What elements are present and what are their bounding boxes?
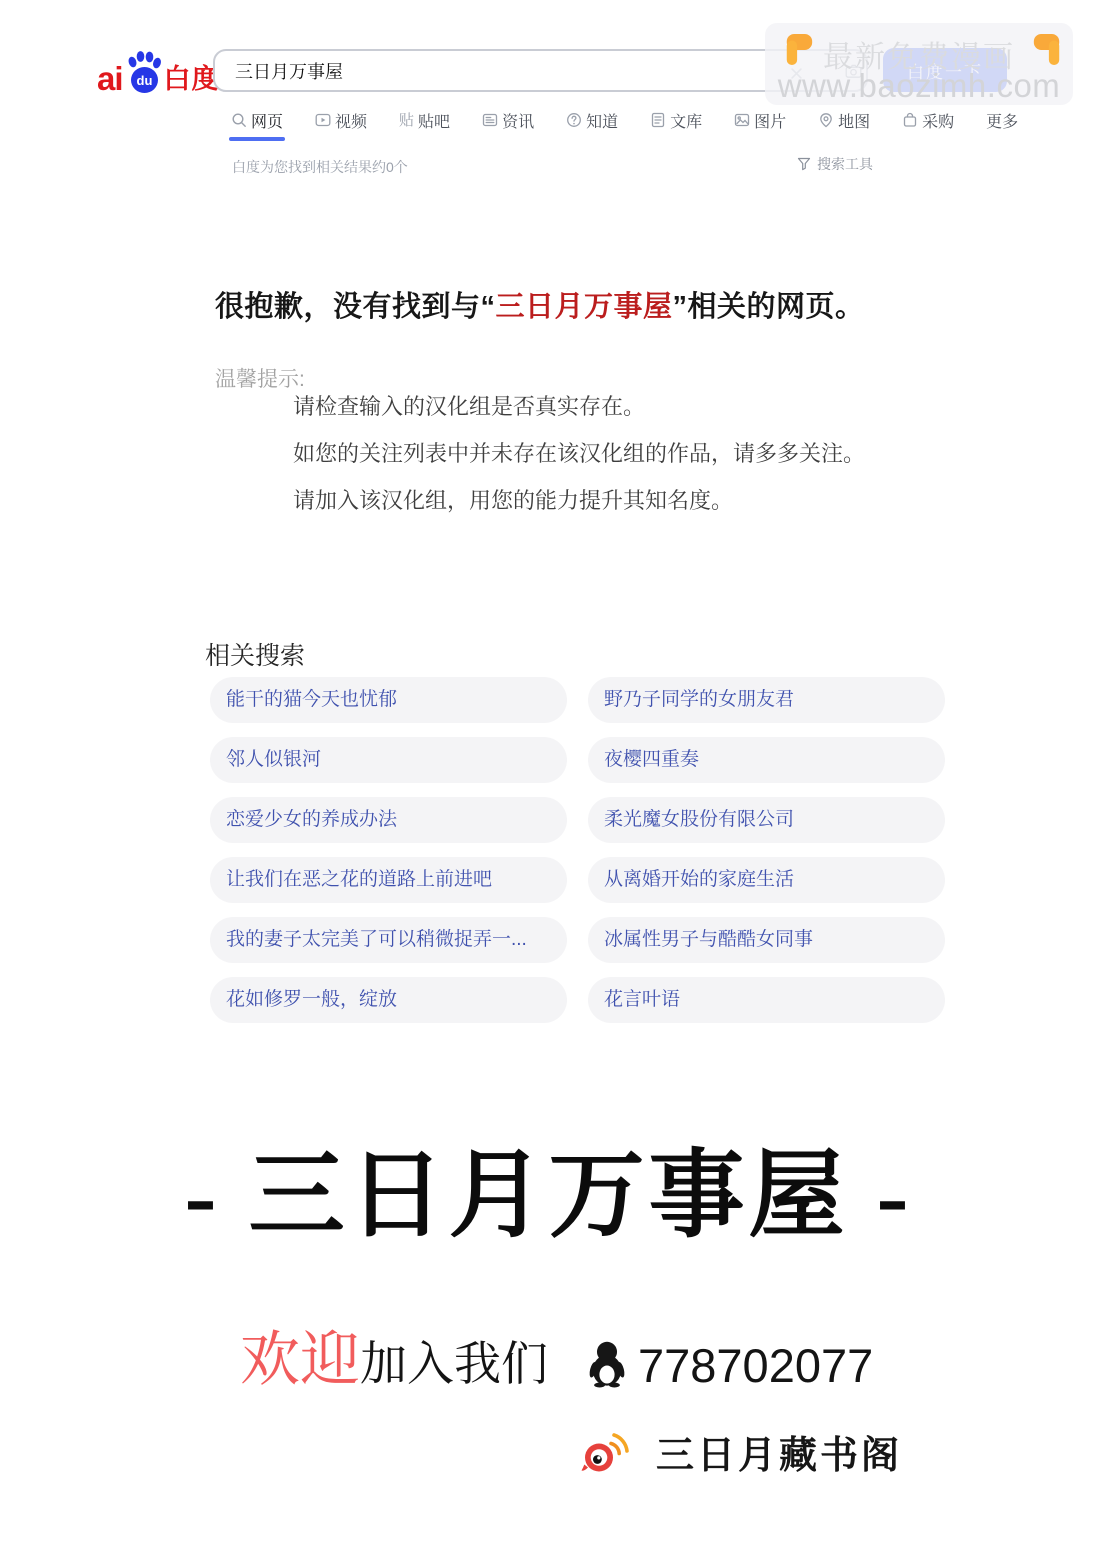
tab-label: 视频 xyxy=(335,109,367,132)
tab-purchase[interactable]: 采购 xyxy=(902,108,954,132)
related-search-item[interactable]: 夜樱四重奏 xyxy=(588,737,945,783)
tab-label: 网页 xyxy=(251,109,283,132)
document-icon xyxy=(650,112,666,128)
tab-maps[interactable]: 地图 xyxy=(818,108,870,132)
qq-number: 778702077 xyxy=(638,1341,873,1390)
error-open-quote: “ xyxy=(481,291,496,323)
tab-zhidao[interactable]: 知道 xyxy=(566,108,618,132)
tab-webpages[interactable]: 网页 xyxy=(231,108,283,132)
welcome-rest: 加入我们 xyxy=(360,1338,548,1390)
welcome-highlight: 欢迎 xyxy=(240,1330,360,1390)
tab-label: 采购 xyxy=(922,109,954,132)
search-tools-button[interactable]: 搜索工具 xyxy=(797,154,873,174)
tab-videos[interactable]: 视频 xyxy=(315,108,367,132)
related-searches-title: 相关搜索 xyxy=(205,636,305,672)
tab-label: 更多 xyxy=(986,109,1018,132)
related-searches-grid: 能干的猫今天也忧郁 野乃子同学的女朋友君 邻人似银河 夜樱四重奏 恋爱少女的养成… xyxy=(210,677,945,1023)
weibo-icon xyxy=(580,1428,630,1475)
baidu-search-results-page: ai du 白度 三日月万事屋 白度一下 网页 xyxy=(0,0,1097,1560)
baidu-logo[interactable]: ai du 白度 xyxy=(97,47,220,93)
tab-label: 图片 xyxy=(754,109,786,132)
welcome-row: 欢迎 加入我们 778702077 xyxy=(240,1330,873,1390)
tieba-icon: 贴 xyxy=(399,113,414,128)
tip-item: 请加入该汉化组，用您的能力提升其知名度。 xyxy=(293,490,865,512)
related-search-item[interactable]: 柔光魔女股份有限公司 xyxy=(588,797,945,843)
search-icon xyxy=(231,112,247,128)
video-icon xyxy=(315,112,331,128)
logo-text-ai: ai xyxy=(97,65,123,93)
error-query-highlight: 三日月万事屋 xyxy=(496,291,673,323)
related-search-item[interactable]: 我的妻子太完美了可以稍微捉弄一... xyxy=(210,917,567,963)
svg-text:du: du xyxy=(136,73,152,88)
tab-label: 贴吧 xyxy=(418,109,450,132)
tips-title: 温馨提示: xyxy=(215,363,305,393)
tab-label: 地图 xyxy=(838,109,870,132)
group-big-title: - 三日月万事屋 - xyxy=(0,1146,1097,1247)
related-search-item[interactable]: 能干的猫今天也忧郁 xyxy=(210,677,567,723)
search-query-text: 三日月万事屋 xyxy=(235,58,343,84)
related-search-item[interactable]: 花言叶语 xyxy=(588,977,945,1023)
error-prefix: 很抱歉，没有找到与 xyxy=(215,291,481,323)
logo-text-baidu: 白度 xyxy=(164,67,220,93)
error-suffix: 相关的网页。 xyxy=(688,291,865,323)
tip-item: 如您的关注列表中并未存在该汉化组的作品，请多多关注。 xyxy=(293,443,865,465)
news-icon xyxy=(482,112,498,128)
tab-label: 文库 xyxy=(670,109,702,132)
weibo-row: 三日月藏书阁 xyxy=(580,1424,902,1479)
watermark-url: www.baozimh.com xyxy=(765,67,1073,105)
funnel-icon xyxy=(797,157,811,171)
bag-icon xyxy=(902,112,918,128)
pointing-down-icon xyxy=(1031,31,1063,67)
map-pin-icon xyxy=(818,112,834,128)
search-tools-label: 搜索工具 xyxy=(817,154,873,174)
related-search-item[interactable]: 从离婚开始的家庭生活 xyxy=(588,857,945,903)
question-icon xyxy=(566,112,582,128)
tab-label: 资讯 xyxy=(502,109,534,132)
tab-label: 知道 xyxy=(586,109,618,132)
qq-icon xyxy=(588,1341,626,1388)
related-search-item[interactable]: 恋爱少女的养成办法 xyxy=(210,797,567,843)
tab-news[interactable]: 资讯 xyxy=(482,108,534,132)
related-search-item[interactable]: 让我们在恶之花的道路上前进吧 xyxy=(210,857,567,903)
tab-wenku[interactable]: 文库 xyxy=(650,108,702,132)
search-nav-tabs: 网页 视频 贴 贴吧 资讯 知道 文库 xyxy=(231,108,1018,132)
paw-icon: du xyxy=(125,49,163,95)
tab-tieba[interactable]: 贴 贴吧 xyxy=(399,108,450,132)
related-search-item[interactable]: 野乃子同学的女朋友君 xyxy=(588,677,945,723)
weibo-name: 三日月藏书阁 xyxy=(656,1424,902,1479)
tab-more[interactable]: 更多 xyxy=(986,108,1018,132)
related-search-item[interactable]: 花如修罗一般，绽放 xyxy=(210,977,567,1023)
related-search-item[interactable]: 冰属性男子与酷酷女同事 xyxy=(588,917,945,963)
image-icon xyxy=(734,112,750,128)
tip-item: 请检查输入的汉化组是否真实存在。 xyxy=(293,396,865,418)
no-results-message: 很抱歉，没有找到与“三日月万事屋”相关的网页。 xyxy=(215,284,865,325)
results-count: 白度为您找到相关结果约0个 xyxy=(232,157,408,177)
watermark-overlay: 最新免费漫画 www.baozimh.com xyxy=(765,23,1073,105)
related-search-item[interactable]: 邻人似银河 xyxy=(210,737,567,783)
tab-images[interactable]: 图片 xyxy=(734,108,786,132)
error-close-quote: ” xyxy=(673,291,688,323)
tips-list: 请检查输入的汉化组是否真实存在。 如您的关注列表中并未存在该汉化组的作品，请多多… xyxy=(293,396,865,537)
